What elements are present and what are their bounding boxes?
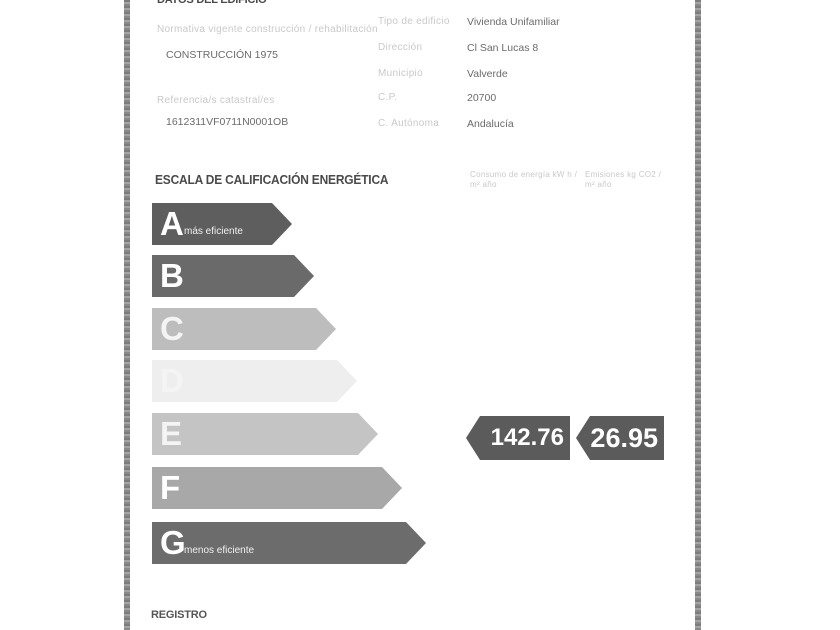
tipo-edificio-value: Vivienda Unifamiliar <box>467 16 560 28</box>
municipio-label: Municipio <box>378 68 423 79</box>
consumo-indicator: 142.76 <box>466 416 570 460</box>
rating-bar-g: Gmenos eficiente <box>152 522 426 564</box>
datos-edificio-heading: DATOS DEL EDIFICIO <box>157 0 266 6</box>
consumo-value: 142.76 <box>491 424 564 452</box>
rating-sublabel: más eficiente <box>184 226 243 237</box>
rating-letter: D <box>160 361 184 401</box>
registro-heading: REGISTRO <box>151 609 207 621</box>
rating-letter: A <box>160 204 184 244</box>
page-border-left <box>124 0 130 630</box>
rating-bar-d: D <box>152 360 357 402</box>
rating-bar-e: E <box>152 413 378 455</box>
rating-bar-b: B <box>152 255 314 297</box>
rating-bar-c: C <box>152 308 336 350</box>
page-border-right <box>695 0 701 630</box>
normativa-label: Normativa vigente construcción / rehabil… <box>157 24 378 35</box>
direccion-value: Cl San Lucas 8 <box>467 42 538 54</box>
direccion-label: Dirección <box>378 42 422 53</box>
cp-value: 20700 <box>467 92 496 104</box>
rating-letter: G <box>160 523 186 563</box>
comunidad-label: C. Autónoma <box>378 118 439 129</box>
consumo-column-header: Consumo de energía kW h / m² año <box>470 170 580 190</box>
emisiones-column-header: Emisiones kg CO2 / m² año <box>585 170 665 190</box>
rating-bar-a: Amás eficiente <box>152 203 292 245</box>
tipo-edificio-label: Tipo de edificio <box>378 16 450 27</box>
escala-heading: ESCALA DE CALIFICACIÓN ENERGÉTICA <box>155 172 388 187</box>
comunidad-value: Andalucía <box>467 118 514 130</box>
emisiones-value: 26.95 <box>590 423 658 454</box>
municipio-value: Valverde <box>467 68 508 80</box>
rating-letter: F <box>160 468 180 508</box>
normativa-value: CONSTRUCCIÓN 1975 <box>166 49 278 61</box>
referencia-catastral-value: 1612311VF0711N0001OB <box>166 116 288 128</box>
emisiones-indicator: 26.95 <box>576 416 664 460</box>
rating-bar-f: F <box>152 467 402 509</box>
referencia-catastral-label: Referencia/s catastral/es <box>157 95 275 106</box>
rating-sublabel: menos eficiente <box>184 545 254 556</box>
rating-letter: E <box>160 414 182 454</box>
rating-letter: B <box>160 256 184 296</box>
rating-letter: C <box>160 309 184 349</box>
cp-label: C.P. <box>378 92 397 103</box>
